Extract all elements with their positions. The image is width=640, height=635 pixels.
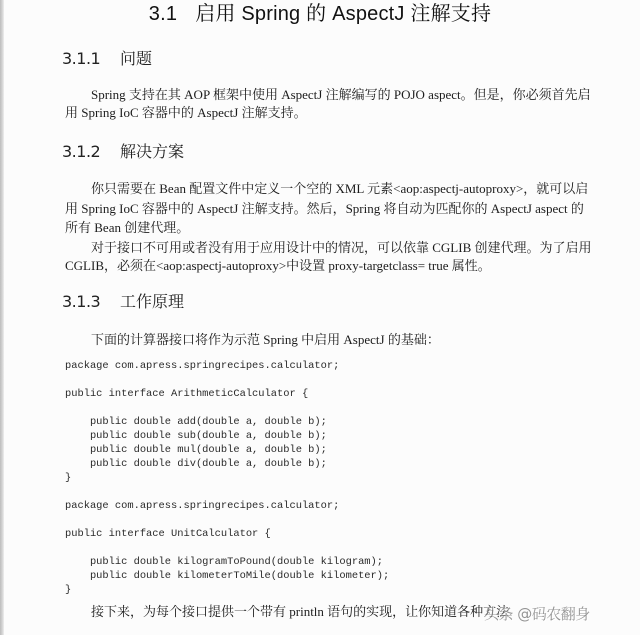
code-line: package com.apress.springrecipes.calcula… <box>65 359 339 373</box>
paragraph-line: 对于接口不可用或者没有用于应用设计中的情况，可以依靠 CGLIB 创建代理。为了… <box>91 239 592 257</box>
paragraph-line: 下面的计算器接口将作为示范 Spring 中启用 AspectJ 的基础： <box>91 331 440 349</box>
paragraph-line: 你只需要在 Bean 配置文件中定义一个空的 XML 元素<aop:aspect… <box>91 180 588 198</box>
paragraph-line: 用 Spring IoC 容器中的 AspectJ 注解支持。然后，Spring… <box>65 200 584 218</box>
section-heading-text: 工作原理 <box>120 292 184 311</box>
section-number: 3.1.3 <box>62 291 120 313</box>
paragraph-line: 用 Spring IoC 容器中的 AspectJ 注解支持。 <box>65 104 307 122</box>
chapter-title-text: 启用 Spring 的 AspectJ 注解支持 <box>195 3 491 25</box>
code-line: } <box>65 583 71 597</box>
section-heading-how-it-works: 3.1.3工作原理 <box>62 291 184 313</box>
section-number: 3.1.2 <box>62 141 120 163</box>
section-heading-solution: 3.1.2解决方案 <box>62 141 184 163</box>
paragraph-line: 接下来，为每个接口提供一个带有 println 语句的实现，让你知道各种方法 <box>91 603 509 621</box>
code-line: public double add(double a, double b); <box>65 415 327 429</box>
paragraph-line: CGLIB，必须在<aop:aspectj-autoproxy>中设置 prox… <box>65 257 491 275</box>
section-heading-text: 解决方案 <box>120 142 184 161</box>
code-line: public double sub(double a, double b); <box>65 429 327 443</box>
page-edge <box>0 0 4 635</box>
paragraph-line: Spring 支持在其 AOP 框架中使用 AspectJ 注解编写的 POJO… <box>91 86 591 104</box>
code-line: public double div(double a, double b); <box>65 457 327 471</box>
section-heading-problem: 3.1.1问题 <box>62 48 152 70</box>
code-line: public double mul(double a, double b); <box>65 443 327 457</box>
watermark: 头条 @码农翻身 <box>484 603 590 624</box>
code-line: package com.apress.springrecipes.calcula… <box>65 499 339 513</box>
paragraph-line: 所有 Bean 创建代理。 <box>65 219 189 237</box>
chapter-title-number: 3.1 <box>149 3 177 25</box>
code-line: public double kilogramToPound(double kil… <box>65 555 383 569</box>
chapter-title: 3.1启用 Spring 的 AspectJ 注解支持 <box>0 1 640 27</box>
section-number: 3.1.1 <box>62 48 120 70</box>
code-line: public interface UnitCalculator { <box>65 527 271 541</box>
section-heading-text: 问题 <box>120 49 152 68</box>
code-line: } <box>65 471 71 485</box>
code-line: public interface ArithmeticCalculator { <box>65 387 308 401</box>
code-line: public double kilometerToMile(double kil… <box>65 569 389 583</box>
